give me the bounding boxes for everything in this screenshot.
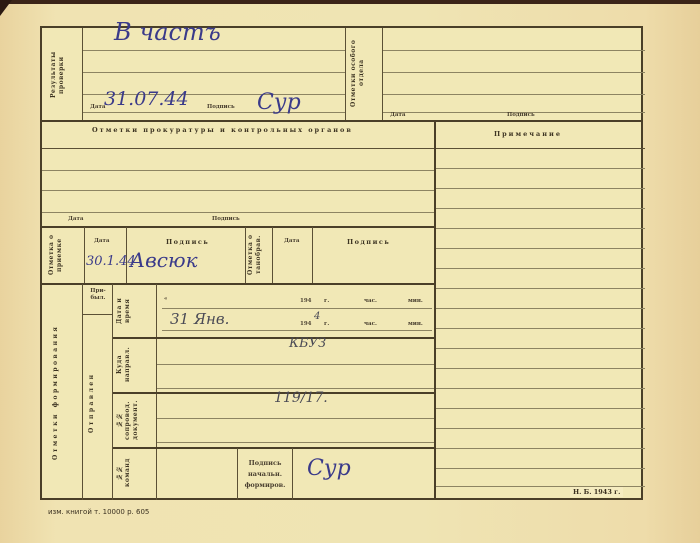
rule bbox=[83, 50, 345, 51]
rule bbox=[157, 442, 434, 443]
commander-signature-label: Подпись начальн. формиров. bbox=[240, 458, 290, 491]
receipt-date-label: Дата bbox=[94, 238, 109, 244]
rule bbox=[436, 388, 645, 389]
rule bbox=[436, 168, 645, 169]
rule bbox=[436, 148, 645, 149]
destination-label: Куда направл. bbox=[116, 340, 152, 388]
verification-label: Результаты проверки bbox=[50, 44, 74, 106]
line2-minutes: мин. bbox=[408, 321, 423, 327]
rule bbox=[157, 364, 434, 365]
verification-text-handwritten: В частъ bbox=[114, 18, 221, 46]
team-number-label: №№ команд bbox=[116, 450, 152, 496]
line1-year: 194 bbox=[300, 298, 311, 304]
doc-number-handwritten: 119/17. bbox=[274, 390, 328, 406]
rule bbox=[383, 72, 645, 73]
rule bbox=[436, 228, 645, 229]
divider bbox=[126, 227, 127, 283]
line1-year-suffix: г. bbox=[324, 298, 329, 304]
dispatched-label: Отправлен bbox=[88, 328, 108, 478]
line2-handwritten-date: 31 Янв. bbox=[170, 310, 229, 328]
divider bbox=[84, 227, 85, 283]
rule bbox=[383, 50, 645, 51]
rule bbox=[162, 308, 432, 309]
rule bbox=[436, 308, 645, 309]
rule bbox=[436, 268, 645, 269]
special-date-label: Дата bbox=[390, 112, 405, 118]
rule bbox=[436, 328, 645, 329]
verification-date-value: 31.07.44 bbox=[104, 88, 189, 110]
rule bbox=[83, 72, 345, 73]
rule bbox=[436, 468, 645, 469]
commander-signature: Сур bbox=[307, 456, 351, 481]
rule bbox=[436, 428, 645, 429]
rule bbox=[383, 94, 645, 95]
rule bbox=[436, 248, 645, 249]
form-card: Результаты проверки В частъ Дата 31.07.4… bbox=[40, 26, 643, 500]
receipt-label: Отметка о приемке bbox=[48, 230, 82, 280]
receipt-signature-label: Подпись bbox=[166, 238, 209, 246]
divider bbox=[312, 227, 313, 283]
section-divider bbox=[42, 226, 434, 228]
verification-signature: Сур bbox=[257, 90, 301, 115]
line2-year-digit: 4 bbox=[314, 311, 320, 322]
divider bbox=[345, 28, 346, 120]
destination-handwritten: КБУЗ bbox=[289, 336, 326, 351]
row-divider bbox=[113, 337, 434, 339]
doc-number-label: №№ сопровод. документ. bbox=[116, 396, 152, 444]
rule bbox=[436, 448, 645, 449]
divider bbox=[382, 28, 383, 120]
row-divider bbox=[113, 447, 434, 449]
datetime-label: Дата и время bbox=[116, 288, 152, 334]
rule bbox=[83, 314, 112, 315]
section-divider bbox=[42, 283, 434, 285]
rule bbox=[436, 208, 645, 209]
special-dept-label: Отметки особого отдела bbox=[350, 32, 378, 114]
scan-edge bbox=[0, 0, 700, 4]
print-footer: изм. книгой т. 10000 р. 605 bbox=[48, 508, 149, 516]
line2-year: 194 bbox=[300, 321, 311, 327]
receipt-signature: Авсюк bbox=[130, 248, 198, 272]
document-page: Результаты проверки В частъ Дата 31.07.4… bbox=[0, 0, 700, 543]
arrived-label: При-был. bbox=[86, 288, 110, 302]
prosecutor-signature-label: Подпись bbox=[212, 216, 240, 222]
rule bbox=[436, 188, 645, 189]
rule bbox=[436, 368, 645, 369]
divider bbox=[82, 284, 83, 500]
line2-hours: час. bbox=[364, 321, 377, 327]
divider bbox=[245, 227, 246, 283]
divider bbox=[272, 227, 273, 283]
rule bbox=[42, 190, 434, 191]
divider bbox=[292, 448, 293, 500]
rule bbox=[42, 170, 434, 171]
dispatch-label: Отметка о танобрав. bbox=[247, 230, 271, 280]
rule bbox=[157, 418, 434, 419]
dispatch-signature-label: Подпись bbox=[347, 238, 390, 246]
line1-prefix: « bbox=[164, 296, 167, 302]
rule bbox=[436, 408, 645, 409]
rule bbox=[42, 148, 434, 149]
divider bbox=[237, 448, 238, 500]
section-divider bbox=[42, 120, 642, 122]
verification-signature-label: Подпись bbox=[207, 104, 235, 110]
rule bbox=[436, 288, 645, 289]
dispatch-date-label: Дата bbox=[284, 238, 299, 244]
receipt-date-value: 30.1.44 bbox=[86, 254, 136, 269]
rule bbox=[436, 348, 645, 349]
notes-header: Примечание bbox=[494, 130, 562, 138]
prosecutor-date-label: Дата bbox=[68, 216, 83, 222]
line1-minutes: мин. bbox=[408, 298, 423, 304]
divider bbox=[82, 28, 83, 120]
print-stamp: Н. Б. 1943 г. bbox=[570, 487, 623, 497]
rule bbox=[162, 330, 432, 331]
rule bbox=[157, 388, 434, 389]
notes-divider bbox=[434, 120, 436, 500]
special-signature-label: Подпись bbox=[507, 112, 535, 118]
scan-corner bbox=[0, 0, 12, 16]
rule bbox=[42, 212, 434, 213]
rule bbox=[83, 112, 345, 113]
line2-year-suffix: г. bbox=[324, 321, 329, 327]
formation-label: Отметки формирования bbox=[52, 290, 74, 494]
line1-hours: час. bbox=[364, 298, 377, 304]
prosecutor-header: Отметки прокуратуры и контрольных органо… bbox=[92, 126, 432, 134]
